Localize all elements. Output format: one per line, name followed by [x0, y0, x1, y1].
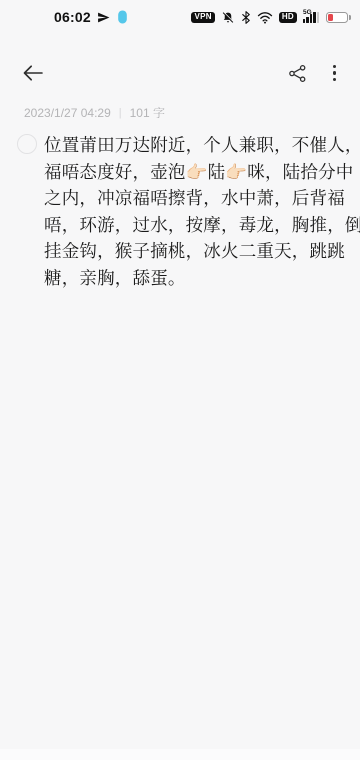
note-line: 之内，冲凉福唔擦背，水中萧，后背福 [44, 185, 360, 212]
kebab-menu-icon [333, 65, 336, 82]
status-bar-right: VPN HD 5G [191, 10, 348, 24]
note-text[interactable]: 位置莆田万达附近，个人兼职，不催人， 福唔态度好，壶泡👉🏻陆👉🏻咪，陆拾分中 之… [44, 132, 360, 291]
status-bar-left: 06:02 [54, 9, 129, 25]
note-body[interactable]: 位置莆田万达附近，个人兼职，不催人， 福唔态度好，壶泡👉🏻陆👉🏻咪，陆拾分中 之… [17, 132, 346, 291]
bell-slash-icon [221, 11, 235, 24]
note-line: 福唔态度好，壶泡👉🏻陆👉🏻咪，陆拾分中 [44, 159, 360, 186]
telegram-paper-plane-icon [97, 11, 110, 24]
notes-app-screen: { "status_bar": { "time": "06:02", "tele… [0, 0, 360, 760]
hd-badge: HD [279, 12, 297, 23]
back-button[interactable] [22, 64, 44, 82]
clock: 06:02 [54, 9, 91, 25]
meta-separator: | [119, 107, 122, 119]
note-char-count: 101 字 [130, 104, 165, 121]
note-toolbar [0, 50, 360, 96]
note-meta: 2023/1/27 04:29 | 101 字 [24, 104, 344, 121]
watermark-strip [0, 749, 360, 760]
vpn-badge: VPN [191, 12, 214, 23]
status-bar: 06:02 VPN [0, 0, 360, 30]
bluetooth-icon [241, 11, 251, 24]
arrow-left-icon [22, 64, 44, 82]
note-line: 唔，环游，过水，按摩，毒龙，胸推，倒 [44, 212, 360, 239]
todo-checkbox[interactable] [17, 134, 37, 154]
note-line: 挂金钩，猴子摘桃，冰火二重天，跳跳 [44, 238, 360, 265]
more-options-button[interactable] [333, 65, 336, 82]
wifi-icon [257, 11, 273, 24]
share-button[interactable] [288, 64, 307, 83]
note-line: 糖，亲胸，舔蛋。 [44, 265, 360, 292]
note-date: 2023/1/27 04:29 [24, 106, 111, 120]
blue-bell-notification-icon [116, 10, 129, 24]
toolbar-actions [288, 64, 336, 83]
share-nodes-icon [288, 64, 307, 83]
note-line: 位置莆田万达附近，个人兼职，不催人， [44, 132, 360, 159]
battery-low-icon [326, 12, 348, 23]
signal-5g-icon: 5G [303, 10, 320, 24]
